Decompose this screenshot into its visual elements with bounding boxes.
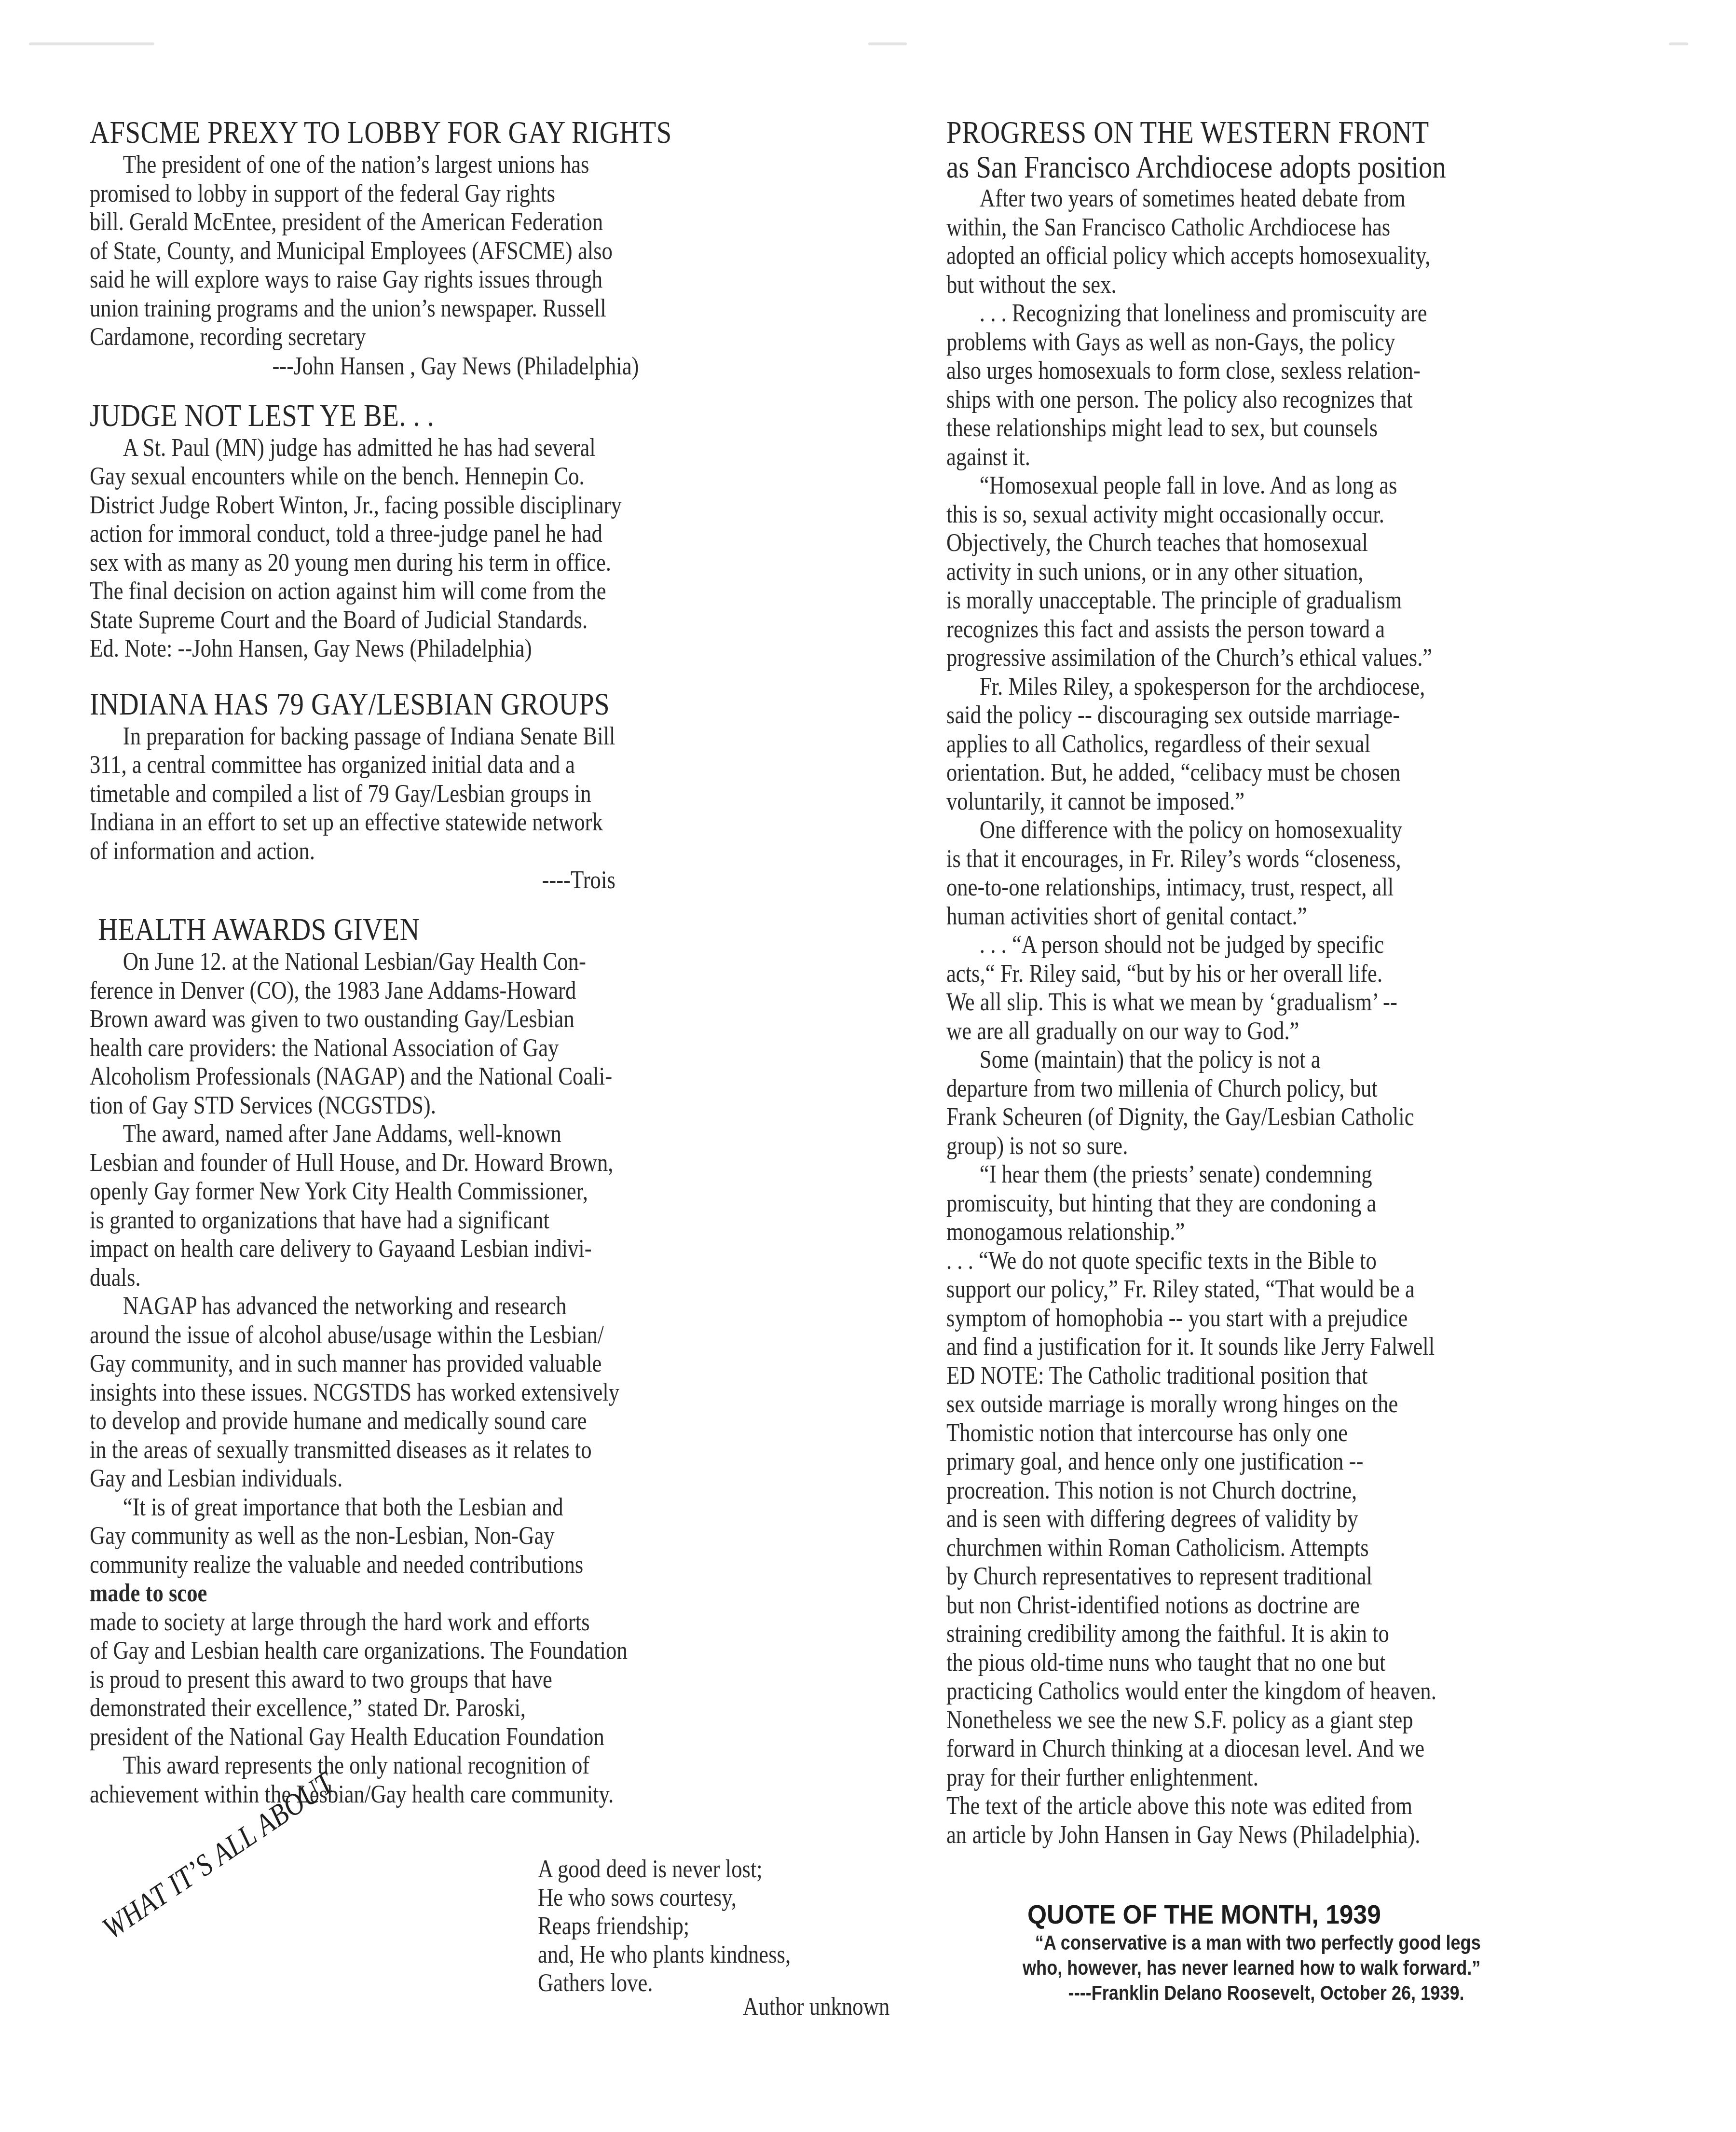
body-line: made to scoe — [90, 1579, 791, 1608]
body-line: “It is of great importance that both the… — [90, 1493, 791, 1522]
body-line: District Judge Robert Winton, Jr., facin… — [90, 491, 791, 520]
article-body: The president of one of the nation’s lar… — [90, 151, 905, 382]
body-line: The award, named after Jane Addams, well… — [90, 1120, 791, 1149]
body-line: community realize the valuable and neede… — [90, 1551, 791, 1580]
body-line: acts,“ Fr. Riley said, “but by his or he… — [946, 960, 1594, 989]
body-line: recognizes this fact and assists the per… — [946, 615, 1594, 644]
body-line: within, the San Francisco Catholic Archd… — [946, 213, 1594, 242]
body-line: openly Gay former New York City Health C… — [90, 1177, 791, 1206]
body-line: Gay community, and in such manner has pr… — [90, 1349, 791, 1378]
body-line: The final decision on action against him… — [90, 577, 791, 606]
body-line: symptom of homophobia -- you start with … — [946, 1304, 1594, 1333]
body-line: procreation. This notion is not Church d… — [946, 1476, 1594, 1505]
body-line: one-to-one relationships, intimacy, trus… — [946, 873, 1594, 902]
body-line: “Homosexual people fall in love. And as … — [946, 471, 1594, 500]
article-body: On June 12. at the National Lesbian/Gay … — [90, 948, 905, 1809]
body-line: . . . “We do not quote specific texts in… — [946, 1247, 1594, 1276]
body-line: to develop and provide humane and medica… — [90, 1407, 791, 1436]
body-line: tion of Gay STD Services (NCGSTDS). — [90, 1091, 791, 1120]
body-line: these relationships might lead to sex, b… — [946, 414, 1594, 443]
body-line: problems with Gays as well as non-Gays, … — [946, 328, 1594, 357]
body-line: We all slip. This is what we mean by ‘gr… — [946, 988, 1594, 1017]
body-line: of State, County, and Municipal Employee… — [90, 237, 791, 266]
body-line: monogamous relationship.” — [946, 1218, 1594, 1247]
poem-author: Author unknown — [743, 1993, 889, 2021]
scan-artifact — [1669, 42, 1688, 45]
body-line: Some (maintain) that the policy is not a — [946, 1045, 1594, 1074]
body-line: president of the National Gay Health Edu… — [90, 1723, 791, 1752]
body-line: action for immoral conduct, told a three… — [90, 520, 791, 549]
body-line: On June 12. at the National Lesbian/Gay … — [90, 948, 791, 977]
body-line: forward in Church thinking at a diocesan… — [946, 1734, 1594, 1763]
body-line: this is so, sexual activity might occasi… — [946, 500, 1594, 529]
quote-line: “A conservative is a man with two perfec… — [1023, 1930, 1612, 1955]
article-headline: JUDGE NOT LEST YE BE. . . — [90, 398, 791, 434]
body-line: is granted to organizations that have ha… — [90, 1206, 791, 1235]
body-line: is proud to present this award to two gr… — [90, 1665, 791, 1694]
body-line: . . . Recognizing that loneliness and pr… — [946, 299, 1594, 328]
body-line: A St. Paul (MN) judge has admitted he ha… — [90, 434, 791, 463]
body-line: union training programs and the union’s … — [90, 294, 791, 323]
body-line: . . . “A person should not be judged by … — [946, 931, 1594, 960]
body-line: said he will explore ways to raise Gay r… — [90, 265, 791, 294]
body-line: also urges homosexuals to form close, se… — [946, 357, 1594, 385]
body-line: bill. Gerald McEntee, president of the A… — [90, 208, 791, 237]
body-line: adopted an official policy which accepts… — [946, 242, 1594, 271]
right-column: PROGRESS ON THE WESTERN FRONT as San Fra… — [946, 115, 1699, 1849]
article-headline: INDIANA HAS 79 GAY/LESBIAN GROUPS — [90, 687, 791, 722]
body-line: primary goal, and hence only one justifi… — [946, 1447, 1594, 1476]
body-line: an article by John Hansen in Gay News (P… — [946, 1821, 1594, 1850]
body-line: State Supreme Court and the Board of Jud… — [90, 606, 791, 635]
body-line: After two years of sometimes heated deba… — [946, 184, 1594, 213]
body-line: sex outside marriage is morally wrong hi… — [946, 1390, 1594, 1419]
article-body: In preparation for backing passage of In… — [90, 722, 905, 896]
article-credit: ---John Hansen , Gay News (Philadelphia) — [90, 352, 791, 382]
body-line: of Gay and Lesbian health care organizat… — [90, 1637, 791, 1665]
article-indiana: INDIANA HAS 79 GAY/LESBIAN GROUPS In pre… — [90, 687, 905, 896]
body-line: we are all gradually on our way to God.” — [946, 1017, 1594, 1046]
body-line: impact on health care delivery to Gayaan… — [90, 1235, 791, 1264]
body-line: Nonetheless we see the new S.F. policy a… — [946, 1706, 1594, 1735]
body-line: timetable and compiled a list of 79 Gay/… — [90, 780, 791, 809]
body-line: said the policy -- discouraging sex outs… — [946, 701, 1594, 730]
body-line: voluntarily, it cannot be imposed.” — [946, 787, 1594, 816]
scan-artifact — [29, 42, 154, 45]
article-headline: AFSCME PREXY TO LOBBY FOR GAY RIGHTS — [90, 115, 791, 151]
body-line: Gay and Lesbian individuals. — [90, 1464, 791, 1493]
body-line: made to society at large through the har… — [90, 1608, 791, 1637]
body-line: is morally unacceptable. The principle o… — [946, 586, 1594, 615]
editor-note: Ed. Note: --John Hansen, Gay News (Phila… — [90, 634, 791, 663]
body-line: pray for their further enlightenment. — [946, 1763, 1594, 1792]
body-line: The text of the article above this note … — [946, 1792, 1594, 1821]
body-line: is that it encourages, in Fr. Riley’s wo… — [946, 845, 1594, 874]
body-line: ED NOTE: The Catholic traditional positi… — [946, 1362, 1594, 1390]
body-line: of information and action. — [90, 837, 791, 866]
body-line: but non Christ-identified notions as doc… — [946, 1591, 1594, 1620]
quote-title: QUOTE OF THE MONTH, 1939 — [1027, 1898, 1653, 1930]
body-line: The president of one of the nation’s lar… — [90, 151, 791, 179]
left-column: AFSCME PREXY TO LOBBY FOR GAY RIGHTS The… — [90, 115, 905, 1809]
article-afscme: AFSCME PREXY TO LOBBY FOR GAY RIGHTS The… — [90, 115, 905, 382]
body-line: duals. — [90, 1264, 791, 1293]
body-line: NAGAP has advanced the networking and re… — [90, 1292, 791, 1321]
body-line: by Church representatives to represent t… — [946, 1562, 1594, 1591]
article-body: After two years of sometimes heated deba… — [946, 184, 1699, 1849]
body-line: the pious old-time nuns who taught that … — [946, 1649, 1594, 1678]
body-line: orientation. But, he added, “celibacy mu… — [946, 758, 1594, 787]
body-line: Fr. Miles Riley, a spokesperson for the … — [946, 673, 1594, 701]
body-line: “I hear them (the priests’ senate) conde… — [946, 1160, 1594, 1189]
article-judge: JUDGE NOT LEST YE BE. . . A St. Paul (MN… — [90, 398, 905, 663]
poem-line: Reaps friendship; — [538, 1912, 791, 1940]
body-line: straining credibility among the faithful… — [946, 1620, 1594, 1649]
body-line: around the issue of alcohol abuse/usage … — [90, 1321, 791, 1350]
body-line: Gay community as well as the non-Lesbian… — [90, 1522, 791, 1551]
body-line: This award represents the only national … — [90, 1751, 791, 1780]
body-line: applies to all Catholics, regardless of … — [946, 730, 1594, 759]
poem: A good deed is never lost; He who sows c… — [538, 1855, 832, 1997]
body-line: group) is not so sure. — [946, 1132, 1594, 1161]
body-line: against it. — [946, 443, 1594, 472]
body-line: practicing Catholics would enter the kin… — [946, 1677, 1594, 1706]
body-line: but without the sex. — [946, 271, 1594, 300]
scan-artifact — [868, 42, 907, 45]
article-progress-western-front: PROGRESS ON THE WESTERN FRONT as San Fra… — [946, 115, 1699, 1849]
body-line: sex with as many as 20 young men during … — [90, 549, 791, 578]
article-headline: HEALTH AWARDS GIVEN — [90, 912, 791, 948]
body-line: Brown award was given to two oustanding … — [90, 1005, 791, 1034]
body-line: Lesbian and founder of Hull House, and D… — [90, 1149, 791, 1178]
body-line: progressive assimilation of the Church’s… — [946, 644, 1594, 673]
article-headline: PROGRESS ON THE WESTERN FRONT — [946, 115, 1594, 151]
body-line: insights into these issues. NCGSTDS has … — [90, 1378, 791, 1407]
body-line: health care providers: the National Asso… — [90, 1034, 791, 1063]
body-line: and is seen with differing degrees of va… — [946, 1505, 1594, 1534]
quote-of-the-month: QUOTE OF THE MONTH, 1939 “A conservative… — [1023, 1898, 1708, 2006]
body-line: 311, a central committee has organized i… — [90, 751, 791, 780]
body-line: support our policy,” Fr. Riley stated, “… — [946, 1275, 1594, 1304]
body-line: Objectively, the Church teaches that hom… — [946, 529, 1594, 558]
body-line: ships with one person. The policy also r… — [946, 385, 1594, 414]
body-line: churchmen within Roman Catholicism. Atte… — [946, 1534, 1594, 1563]
body-line: and find a justification for it. It soun… — [946, 1333, 1594, 1362]
article-health-awards: HEALTH AWARDS GIVEN On June 12. at the N… — [90, 912, 905, 1809]
article-body: A St. Paul (MN) judge has admitted he ha… — [90, 434, 905, 663]
poem-line: A good deed is never lost; — [538, 1855, 791, 1884]
body-line: Indiana in an effort to set up an effect… — [90, 808, 791, 837]
body-line: achievement within the Lesbian/Gay healt… — [90, 1780, 791, 1809]
poem-line: and, He who plants kindness, — [538, 1940, 791, 1969]
article-subhead: as San Francisco Archdiocese adopts posi… — [946, 151, 1594, 184]
body-line: ference in Denver (CO), the 1983 Jane Ad… — [90, 977, 791, 1005]
body-line: In preparation for backing passage of In… — [90, 722, 791, 751]
body-line: activity in such unions, or in any other… — [946, 558, 1594, 587]
body-line: departure from two millenia of Church po… — [946, 1074, 1594, 1103]
body-line: promised to lobby in support of the fede… — [90, 179, 791, 208]
body-line: Thomistic notion that intercourse has on… — [946, 1419, 1594, 1448]
body-line: in the areas of sexually transmitted dis… — [90, 1436, 791, 1465]
body-line: human activities short of genital contac… — [946, 902, 1594, 931]
article-credit: ----Trois — [90, 866, 791, 895]
body-line: One difference with the policy on homose… — [946, 816, 1594, 845]
quote-attribution: ----Franklin Delano Roosevelt, October 2… — [1023, 1981, 1612, 2006]
body-line: promiscuity, but hinting that they are c… — [946, 1189, 1594, 1218]
body-line: Cardamone, recording secretary — [90, 323, 791, 352]
quote-line: who, however, has never learned how to w… — [1023, 1955, 1612, 1981]
body-line: Alcoholism Professionals (NAGAP) and the… — [90, 1062, 791, 1091]
body-line: Gay sexual encounters while on the bench… — [90, 462, 791, 491]
body-line: demonstrated their excellence,” stated D… — [90, 1694, 791, 1723]
poem-line: He who sows courtesy, — [538, 1884, 791, 1912]
body-line: Frank Scheuren (of Dignity, the Gay/Lesb… — [946, 1103, 1594, 1132]
